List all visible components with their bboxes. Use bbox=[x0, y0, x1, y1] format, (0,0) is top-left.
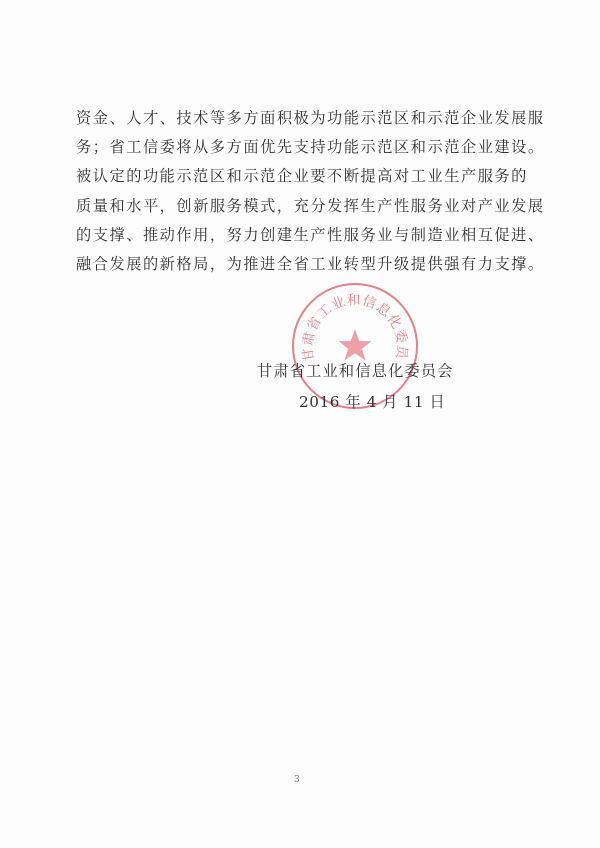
body-paragraph: 资金、人才、技术等多方面积极为功能示范区和示范企业发展服 务；省工信委将从多方面… bbox=[76, 104, 546, 279]
star-icon bbox=[339, 330, 372, 361]
body-line: 被认定的功能示范区和示范企业要不断提高对工业生产服务的 bbox=[76, 162, 546, 191]
issue-date: 2016 年 4 月 11 日 bbox=[299, 391, 445, 412]
body-line: 融合发展的新格局，为推进全省工业转型升级提供强有力支撑。 bbox=[76, 250, 546, 279]
document-page: 资金、人才、技术等多方面积极为功能示范区和示范企业发展服 务；省工信委将从多方面… bbox=[0, 0, 600, 848]
page-number: 3 bbox=[294, 775, 300, 785]
body-line: 务；省工信委将从多方面优先支持功能示范区和示范企业建设。 bbox=[76, 133, 546, 162]
issuer-signature: 甘肃省工业和信息化委员会 bbox=[257, 360, 454, 381]
body-line: 的支撑、推动作用，努力创建生产性服务业与制造业相互促进、 bbox=[76, 221, 546, 250]
body-line: 质量和水平，创新服务模式，充分发挥生产性服务业对产业发展 bbox=[76, 192, 546, 221]
body-line: 资金、人才、技术等多方面积极为功能示范区和示范企业发展服 bbox=[76, 104, 546, 133]
seal-graphic: 甘肃省工业和信息化委员会 bbox=[294, 285, 416, 407]
